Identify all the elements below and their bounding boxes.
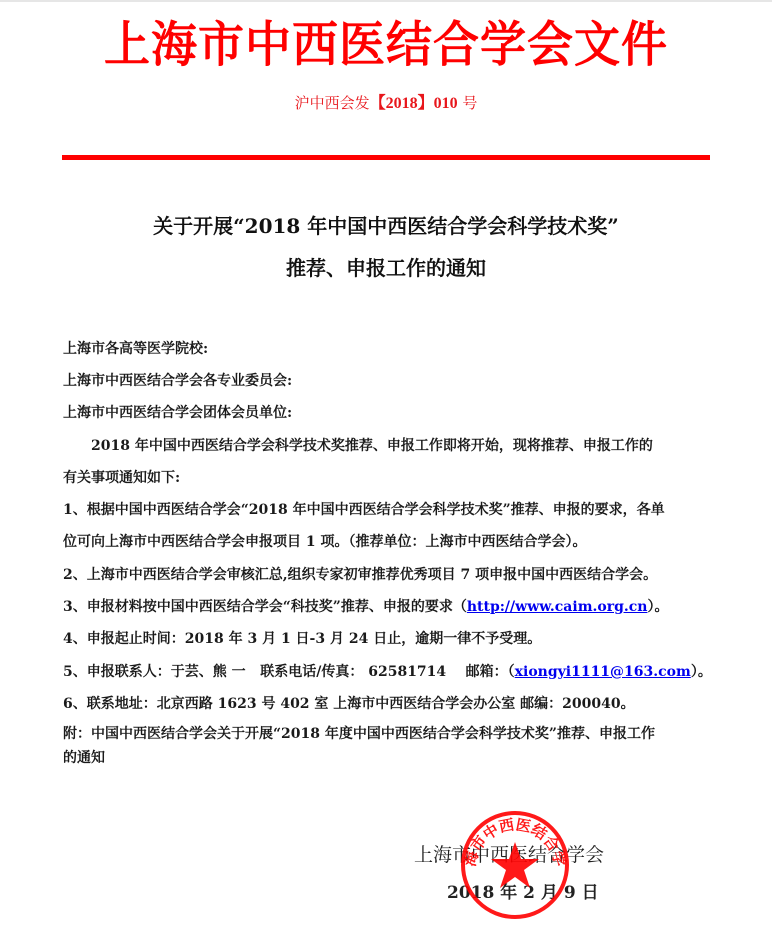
notice-title-line-2: 推荐、申报工作的通知 <box>0 254 772 282</box>
attachment-line-1: 附：中国中西医结合学会关于开展“2018 年度中国中西医结合学会科学技术奖”推荐… <box>63 724 715 744</box>
item-3-suffix: ）。 <box>647 599 668 615</box>
notice-title-line-1: 关于开展“2018 年中国中西医结合学会科学技术奖” <box>0 212 772 240</box>
document-number: 沪中西会发【2018】010 号 <box>0 92 772 115</box>
item-1-line-2: 位可向上海市中西医结合学会申报项目 1 项。（推荐单位：上海市中西医结合学会）。 <box>63 532 715 552</box>
caim-website-link[interactable]: http://www.caim.org.cn <box>467 599 648 615</box>
doc-number-suffix: 号 <box>462 94 477 112</box>
page-top-edge <box>0 0 772 2</box>
intro-paragraph-line-2: 有关事项通知如下: <box>63 468 715 488</box>
item-5-text: 5、申报联系人：于芸、熊 一 联系电话/传真： 62581714 邮箱：（ <box>63 664 515 680</box>
contact-email-link[interactable]: xiongyi1111@163.com <box>515 664 691 680</box>
document-masthead: 上海市中西医结合学会文件 <box>0 13 772 76</box>
attachment-line-2: 的通知 <box>63 748 715 768</box>
recipient-line: 上海市中西医结合学会各专业委员会: <box>63 371 715 391</box>
item-1-line-1: 1、根据中国中西医结合学会“2018 年中国中西医结合学会科学技术奖”推荐、申报… <box>63 500 715 520</box>
item-3-text: 3、申报材料按中国中西医结合学会“科技奖”推荐、申报的要求（ <box>63 599 467 615</box>
item-5-suffix: ）。 <box>691 664 712 680</box>
intro-paragraph-line-1: 2018 年中国中西医结合学会科学技术奖推荐、申报工作即将开始，现将推荐、申报工… <box>63 436 715 456</box>
signature-date: 2018 年 2 月 9 日 <box>447 878 599 903</box>
header-divider <box>62 155 710 160</box>
intro-text: 2018 年中国中西医结合学会科学技术奖推荐、申报工作即将开始，现将推荐、申报工… <box>63 438 653 454</box>
item-5: 5、申报联系人：于芸、熊 一 联系电话/传真： 62581714 邮箱：（xio… <box>63 662 715 682</box>
doc-number-prefix: 沪中西会发 <box>295 94 370 112</box>
item-3: 3、申报材料按中国中西医结合学会“科技奖”推荐、申报的要求（http://www… <box>63 597 715 617</box>
recipient-line: 上海市各高等医学院校: <box>63 339 715 359</box>
recipient-line: 上海市中西医结合学会团体会员单位: <box>63 403 715 423</box>
doc-number-code: 【2018】010 <box>370 95 458 112</box>
signature-organization: 上海市中西医结合学会 <box>414 840 604 867</box>
item-2: 2、上海市中西医结合学会审核汇总,组织专家初审推荐优秀项目 7 项申报中国中西医… <box>63 565 715 585</box>
item-6: 6、联系地址：北京西路 1623 号 402 室 上海市中西医结合学会办公室 邮… <box>63 694 715 714</box>
item-4: 4、申报起止时间：2018 年 3 月 1 日-3 月 24 日止，逾期一律不予… <box>63 629 715 649</box>
